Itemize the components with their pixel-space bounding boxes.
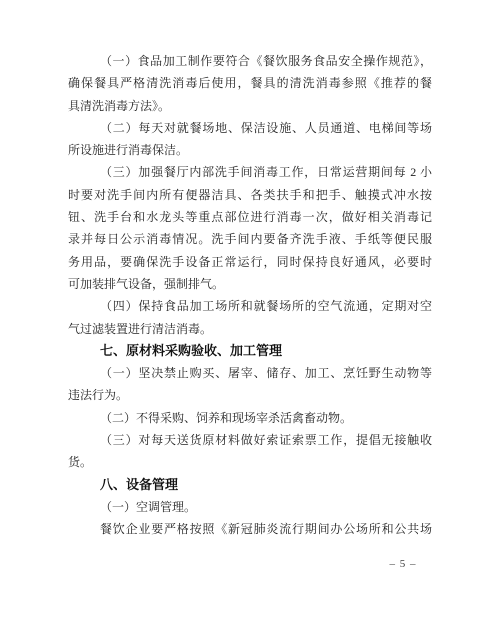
text-line: 录并每日公示消毒情况。洗手间内要备齐洗手液、手纸等便民服 (68, 228, 432, 250)
text-line: 可加装排气设备，强制排气。 (68, 273, 432, 295)
text-line: （一）空调管理。 (68, 496, 432, 518)
text-line: 钮、洗手台和水龙头等重点部位进行消毒一次，做好相关消毒记 (68, 206, 432, 228)
text-line: （三）加强餐厅内部洗手间消毒工作，日常运营期间每 2 小 (68, 161, 432, 183)
section-heading: 七、原材料采购验收、加工管理 (68, 340, 432, 362)
text-line: （一）坚决禁止购买、屠宰、储存、加工、烹饪野生动物等 (68, 362, 432, 384)
text-line: 气过滤装置进行清洁消毒。 (68, 318, 432, 340)
text-line: （一）食品加工制作要符合《餐饮服务食品安全操作规范》， (68, 50, 432, 72)
text-line: （二）每天对就餐场地、保洁设施、人员通道、电梯间等场 (68, 117, 432, 139)
text-line: 确保餐具严格清洗消毒后使用，餐具的清洗消毒参照《推荐的餐 (68, 72, 432, 94)
text-line: 具清洗消毒方法》。 (68, 95, 432, 117)
text-line: （三）对每天送货原材料做好索证索票工作，提倡无接触收 (68, 429, 432, 451)
text-line: （四）保持食品加工场所和就餐场所的空气流通，定期对空 (68, 295, 432, 317)
text-line: 时要对洗手间内所有便器洁具、各类扶手和把手、触摸式冲水按 (68, 184, 432, 206)
text-line: 所设施进行消毒保洁。 (68, 139, 432, 161)
text-line: 违法行为。 (68, 384, 432, 406)
document-page: （一）食品加工制作要符合《餐饮服务食品安全操作规范》，确保餐具严格清洗消毒后使用… (0, 0, 494, 619)
page-number: – 5 – (383, 557, 423, 572)
section-heading: 八、设备管理 (68, 474, 432, 496)
text-line: 餐饮企业要严格按照《新冠肺炎流行期间办公场所和公共场 (68, 518, 432, 540)
text-line: 货。 (68, 451, 432, 473)
text-line: （二）不得采购、饲养和现场宰杀活禽畜动物。 (68, 407, 432, 429)
text-line: 务用品，要确保洗手设备正常运行，同时保持良好通风，必要时 (68, 251, 432, 273)
document-body: （一）食品加工制作要符合《餐饮服务食品安全操作规范》，确保餐具严格清洗消毒后使用… (68, 50, 432, 541)
